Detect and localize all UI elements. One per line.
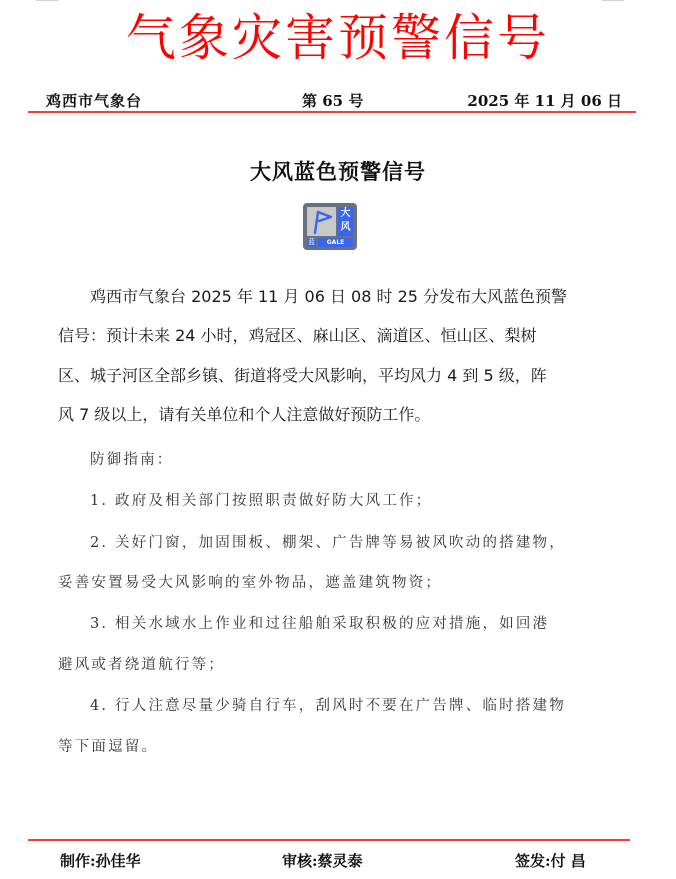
document-title: 大风蓝色预警信号 — [0, 156, 676, 186]
guide-heading: 防御指南： — [58, 448, 650, 469]
body-line: 风 7 级以上，请有关单位和个人注意做好预防工作。 — [58, 402, 610, 425]
footer-signatures: 制作:孙佳华 审核:蔡灵泰 签发:付 昌 — [0, 850, 676, 874]
footer-divider — [28, 839, 630, 841]
footer-maker: 制作:孙佳华 — [60, 850, 141, 871]
guide-item: 3. 相关水域水上作业和过往船舶采取积极的应对措施，如回港 — [58, 612, 650, 633]
guide-item: 4. 行人注意尽量少骑自行车，刮风时不要在广告牌、临时搭建物 — [58, 694, 650, 715]
guide-item-continued: 妥善安置易受大风影响的室外物品，遮盖建筑物资； — [58, 571, 618, 592]
body-line: 区、城子河区全部乡镇、街道将受大风影响，平均风力 4 到 5 级，阵 — [58, 363, 610, 386]
crop-mark-left — [36, 0, 58, 1]
signal-english-label: GALE — [318, 238, 353, 247]
issue-date: 2025 年 11 月 06 日 — [467, 90, 622, 111]
wind-flag-icon — [307, 207, 336, 236]
guide-item-continued: 等下面逗留。 — [58, 735, 618, 756]
body-line: 信号：预计未来 24 小时，鸡冠区、麻山区、滴道区、恒山区、梨树 — [58, 323, 610, 346]
signal-label: 大 风 — [338, 207, 353, 236]
masthead-title: 气象灾害预警信号 — [0, 6, 676, 70]
signal-label-bottom: 风 — [338, 221, 353, 235]
signal-label-top: 大 — [338, 207, 353, 221]
document-meta-row: 鸡西市气象台 第 65 号 2025 年 11 月 06 日 — [36, 88, 622, 112]
guide-item-continued: 避风或者绕道航行等； — [58, 653, 618, 674]
issue-number: 第 65 号 — [302, 90, 363, 111]
footer-signer: 签发:付 昌 — [515, 850, 586, 871]
header-divider — [28, 111, 636, 113]
signal-level: 蓝 — [307, 238, 316, 247]
guide-item: 2. 关好门窗，加固围板、棚架、广告牌等易被风吹动的搭建物， — [58, 531, 650, 552]
gale-blue-warning-icon: 大 风 蓝 GALE — [303, 203, 357, 250]
guide-item: 1. 政府及相关部门按照职责做好防大风工作； — [58, 489, 650, 510]
footer-reviewer: 审核:蔡灵泰 — [282, 850, 363, 871]
issuer-name: 鸡西市气象台 — [46, 90, 142, 111]
crop-mark-right — [602, 0, 624, 1]
body-line: 鸡西市气象台 2025 年 11 月 06 日 08 时 25 分发布大风蓝色预… — [58, 284, 642, 307]
